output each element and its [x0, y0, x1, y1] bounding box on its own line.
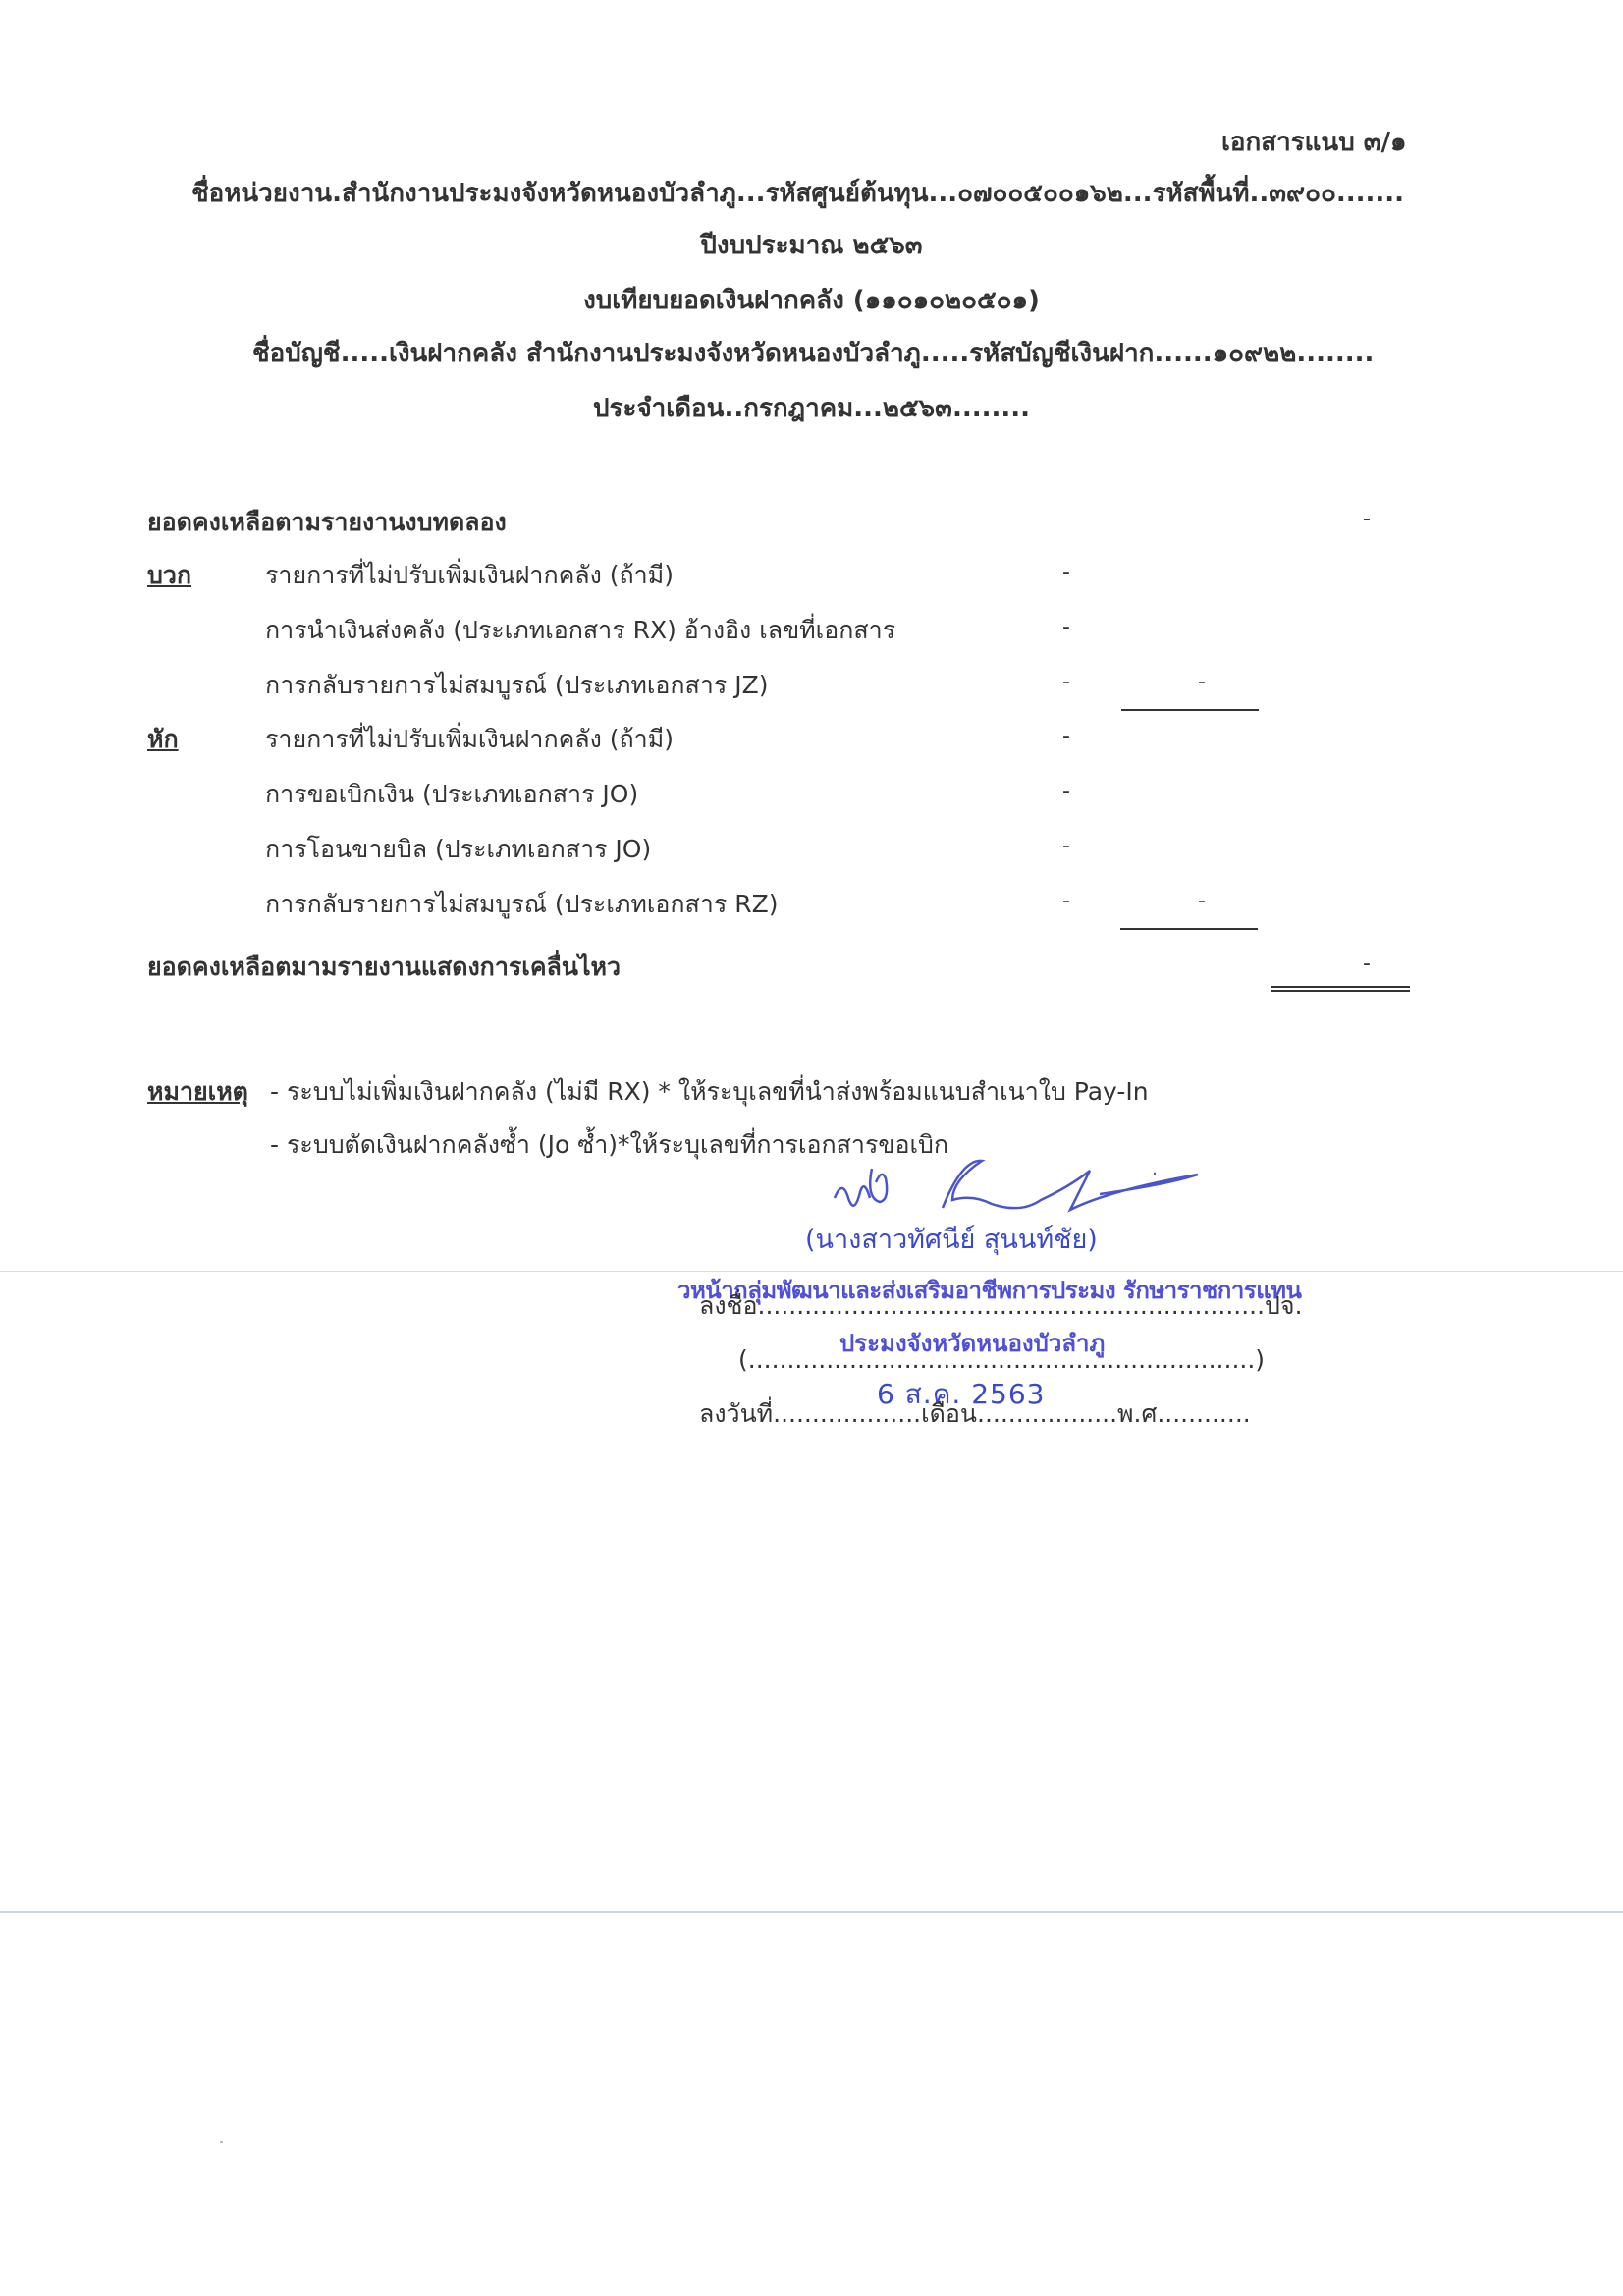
less-item-label: การขอเบิกเงิน (ประเภทเอกสาร JO) — [265, 775, 638, 814]
header-period: ประจำเดือน..กรกฎาคม...๒๕๖๓........ — [0, 388, 1623, 428]
less-label: หัก — [147, 720, 179, 759]
less-item-value: - — [1062, 834, 1070, 858]
add-subtotal-rule — [1121, 709, 1259, 711]
header-title: งบเทียบยอดเงินฝากคลัง (๑๑๐๑๐๒๐๕๐๑) — [0, 280, 1623, 320]
less-item-label: การโอนขายบิล (ประเภทเอกสาร JO) — [265, 830, 651, 869]
add-item-label: รายการที่ไม่ปรับเพิ่มเงินฝากคลัง (ถ้ามี) — [265, 556, 674, 595]
opening-balance-value: - — [1363, 507, 1371, 531]
notes-label: หมายเหตุ — [147, 1072, 248, 1112]
add-item-label: การนำเงินส่งคลัง (ประเภทเอกสาร RX) อ้างอ… — [265, 611, 895, 650]
date-line: ลงวันที่...................เดือน........… — [699, 1394, 1251, 1434]
sign-line: ลงชื่อ..................................… — [699, 1286, 1303, 1326]
add-label: บวก — [147, 556, 191, 595]
scan-speck — [220, 2141, 223, 2143]
less-item-label: การกลับรายการไม่สมบูรณ์ (ประเภทเอกสาร RZ… — [265, 885, 778, 924]
less-item-value: - — [1062, 779, 1070, 803]
opening-balance-label: ยอดคงเหลือตามรายงานงบทดลอง — [147, 503, 507, 542]
less-item-value: - — [1062, 889, 1070, 913]
header-account: ชื่อบัญชี.....เงินฝากคลัง สำนักงานประมงจ… — [252, 333, 1374, 373]
add-subtotal-value: - — [1198, 670, 1206, 694]
add-item-value: - — [1062, 560, 1070, 584]
signer-name: (นางสาวทัศนีย์ สุนนท์ชัย) — [805, 1218, 1098, 1260]
add-item-value: - — [1062, 615, 1070, 639]
less-item-value: - — [1062, 724, 1070, 748]
less-item-label: รายการที่ไม่ปรับเพิ่มเงินฝากคลัง (ถ้ามี) — [265, 720, 674, 759]
header-fiscal-year: ปีงบประมาณ ๒๕๖๓ — [0, 225, 1623, 265]
header-agency-line: ชื่อหน่วยงาน.สำนักงานประมงจังหวัดหนองบัว… — [191, 173, 1404, 213]
less-subtotal-rule — [1120, 928, 1258, 930]
less-subtotal-value: - — [1198, 889, 1206, 913]
add-item-label: การกลับรายการไม่สมบูรณ์ (ประเภทเอกสาร JZ… — [265, 666, 768, 705]
closing-balance-label: ยอดคงเหลือตมามรายงานแสดงการเคลื่นไหว — [147, 948, 621, 987]
closing-double-rule — [1271, 986, 1410, 992]
add-item-value: - — [1062, 670, 1070, 694]
attachment-label: เอกสารแนบ ๓/๑ — [1221, 122, 1407, 162]
note-item: - ระบบไม่เพิ่มเงินฝากคลัง (ไม่มี RX) * ใ… — [270, 1072, 1149, 1112]
closing-balance-value: - — [1363, 952, 1371, 976]
scan-artifact-line — [0, 1911, 1623, 1913]
name-line: (.......................................… — [738, 1345, 1265, 1374]
